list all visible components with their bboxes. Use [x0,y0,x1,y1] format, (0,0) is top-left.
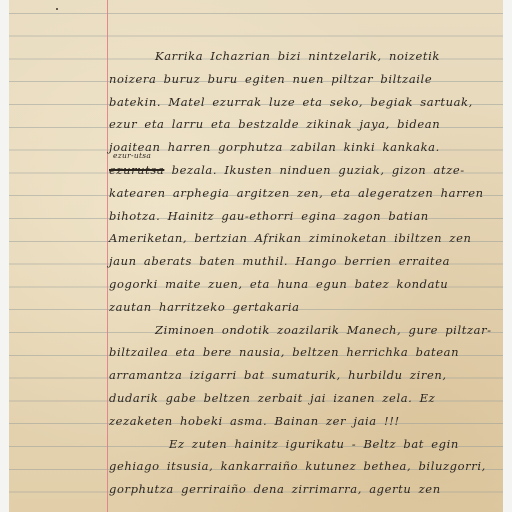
line-text: noizera buruz buru egiten nuen piltzar b… [109,72,432,86]
line-text: gogorki maite zuen, eta huna egun batez … [109,277,448,291]
text-line: noizera buruz buru egiten nuen piltzar b… [109,68,503,91]
line-text: zezaketen hobeki asma. Bainan zer jaia !… [109,414,400,428]
line-text: Ziminoen ondotik zoazilarik Manech, gure… [155,323,492,337]
text-line: Ameriketan, bertzian Afrikan ziminoketan… [109,227,503,250]
line-text: gehiago itsusia, kankarraiño kutunez bet… [109,459,486,473]
text-line: bihotza. Hainitz gau-ethorri egina zagon… [109,205,503,228]
line-text: Ez zuten hainitz igurikatu - Beltz bat e… [169,437,459,451]
text-line: batekin. Matel ezurrak luze eta seko, be… [109,91,503,114]
text-line: Ez zuten hainitz igurikatu - Beltz bat e… [109,433,503,456]
text-line: dudarik gabe beltzen zerbait jai izanen … [109,387,503,410]
text-line: zautan harritzeko gertakaria [109,296,503,319]
text-line: arramantza izigarri bat sumaturik, hurbi… [109,364,503,387]
line-text: Karrika Ichazrian bizi nintzelarik, noiz… [155,49,440,63]
notebook-page: Karrika Ichazrian bizi nintzelarik, noiz… [9,0,503,512]
text-line: biltzailea eta bere nausia, beltzen herr… [109,341,503,364]
line-text: katearen arphegia argitzen zen, eta aleg… [109,186,484,200]
ink-speck [56,8,58,10]
text-line: zezaketen hobeki asma. Bainan zer jaia !… [109,410,503,433]
line-text: bezala. Ikusten ninduen guziak, gizon at… [172,163,465,177]
text-line: katearen arphegia argitzen zen, eta aleg… [109,182,503,205]
line-text: Ameriketan, bertzian Afrikan ziminoketan… [109,231,472,245]
line-text: jaun aberats baten muthil. Hango berrien… [109,254,450,268]
text-line: Ziminoen ondotik zoazilarik Manech, gure… [109,319,503,342]
text-line: gorphutza gerriraiño dena zirrimarra, ag… [109,478,503,501]
handwritten-text: Karrika Ichazrian bizi nintzelarik, noiz… [109,45,503,511]
text-line: ezur eta larru eta bestzalde zikinak jay… [109,113,503,136]
red-margin-line [107,0,108,512]
line-text: gorphutza gerriraiño dena zirrimarra, ag… [109,482,441,496]
line-text: batekin. Matel ezurrak luze eta seko, be… [109,95,473,109]
line-text: joaitean harren gorphutza zabilan kinki … [109,140,440,154]
text-line-with-correction: ezur-utsa ezurutsa bezala. Ikusten nindu… [109,159,503,182]
partial-cut-off-line: … [109,501,503,511]
line-text: dudarik gabe beltzen zerbait jai izanen … [109,391,435,405]
text-line: joaitean harren gorphutza zabilan kinki … [109,136,503,159]
line-text: arramantza izigarri bat sumaturik, hurbi… [109,368,447,382]
line-text: ezur eta larru eta bestzalde zikinak jay… [109,117,440,131]
text-line: Karrika Ichazrian bizi nintzelarik, noiz… [109,45,503,68]
text-line: jaun aberats baten muthil. Hango berrien… [109,250,503,273]
line-text: zautan harritzeko gertakaria [109,300,300,314]
line-text: bihotza. Hainitz gau-ethorri egina zagon… [109,209,429,223]
line-text: … [109,505,121,511]
line-text: biltzailea eta bere nausia, beltzen herr… [109,345,459,359]
text-line: gogorki maite zuen, eta huna egun batez … [109,273,503,296]
text-line: gehiago itsusia, kankarraiño kutunez bet… [109,455,503,478]
interlinear-correction: ezur-utsa [113,151,151,161]
struck-word: ezurutsa [109,163,164,177]
